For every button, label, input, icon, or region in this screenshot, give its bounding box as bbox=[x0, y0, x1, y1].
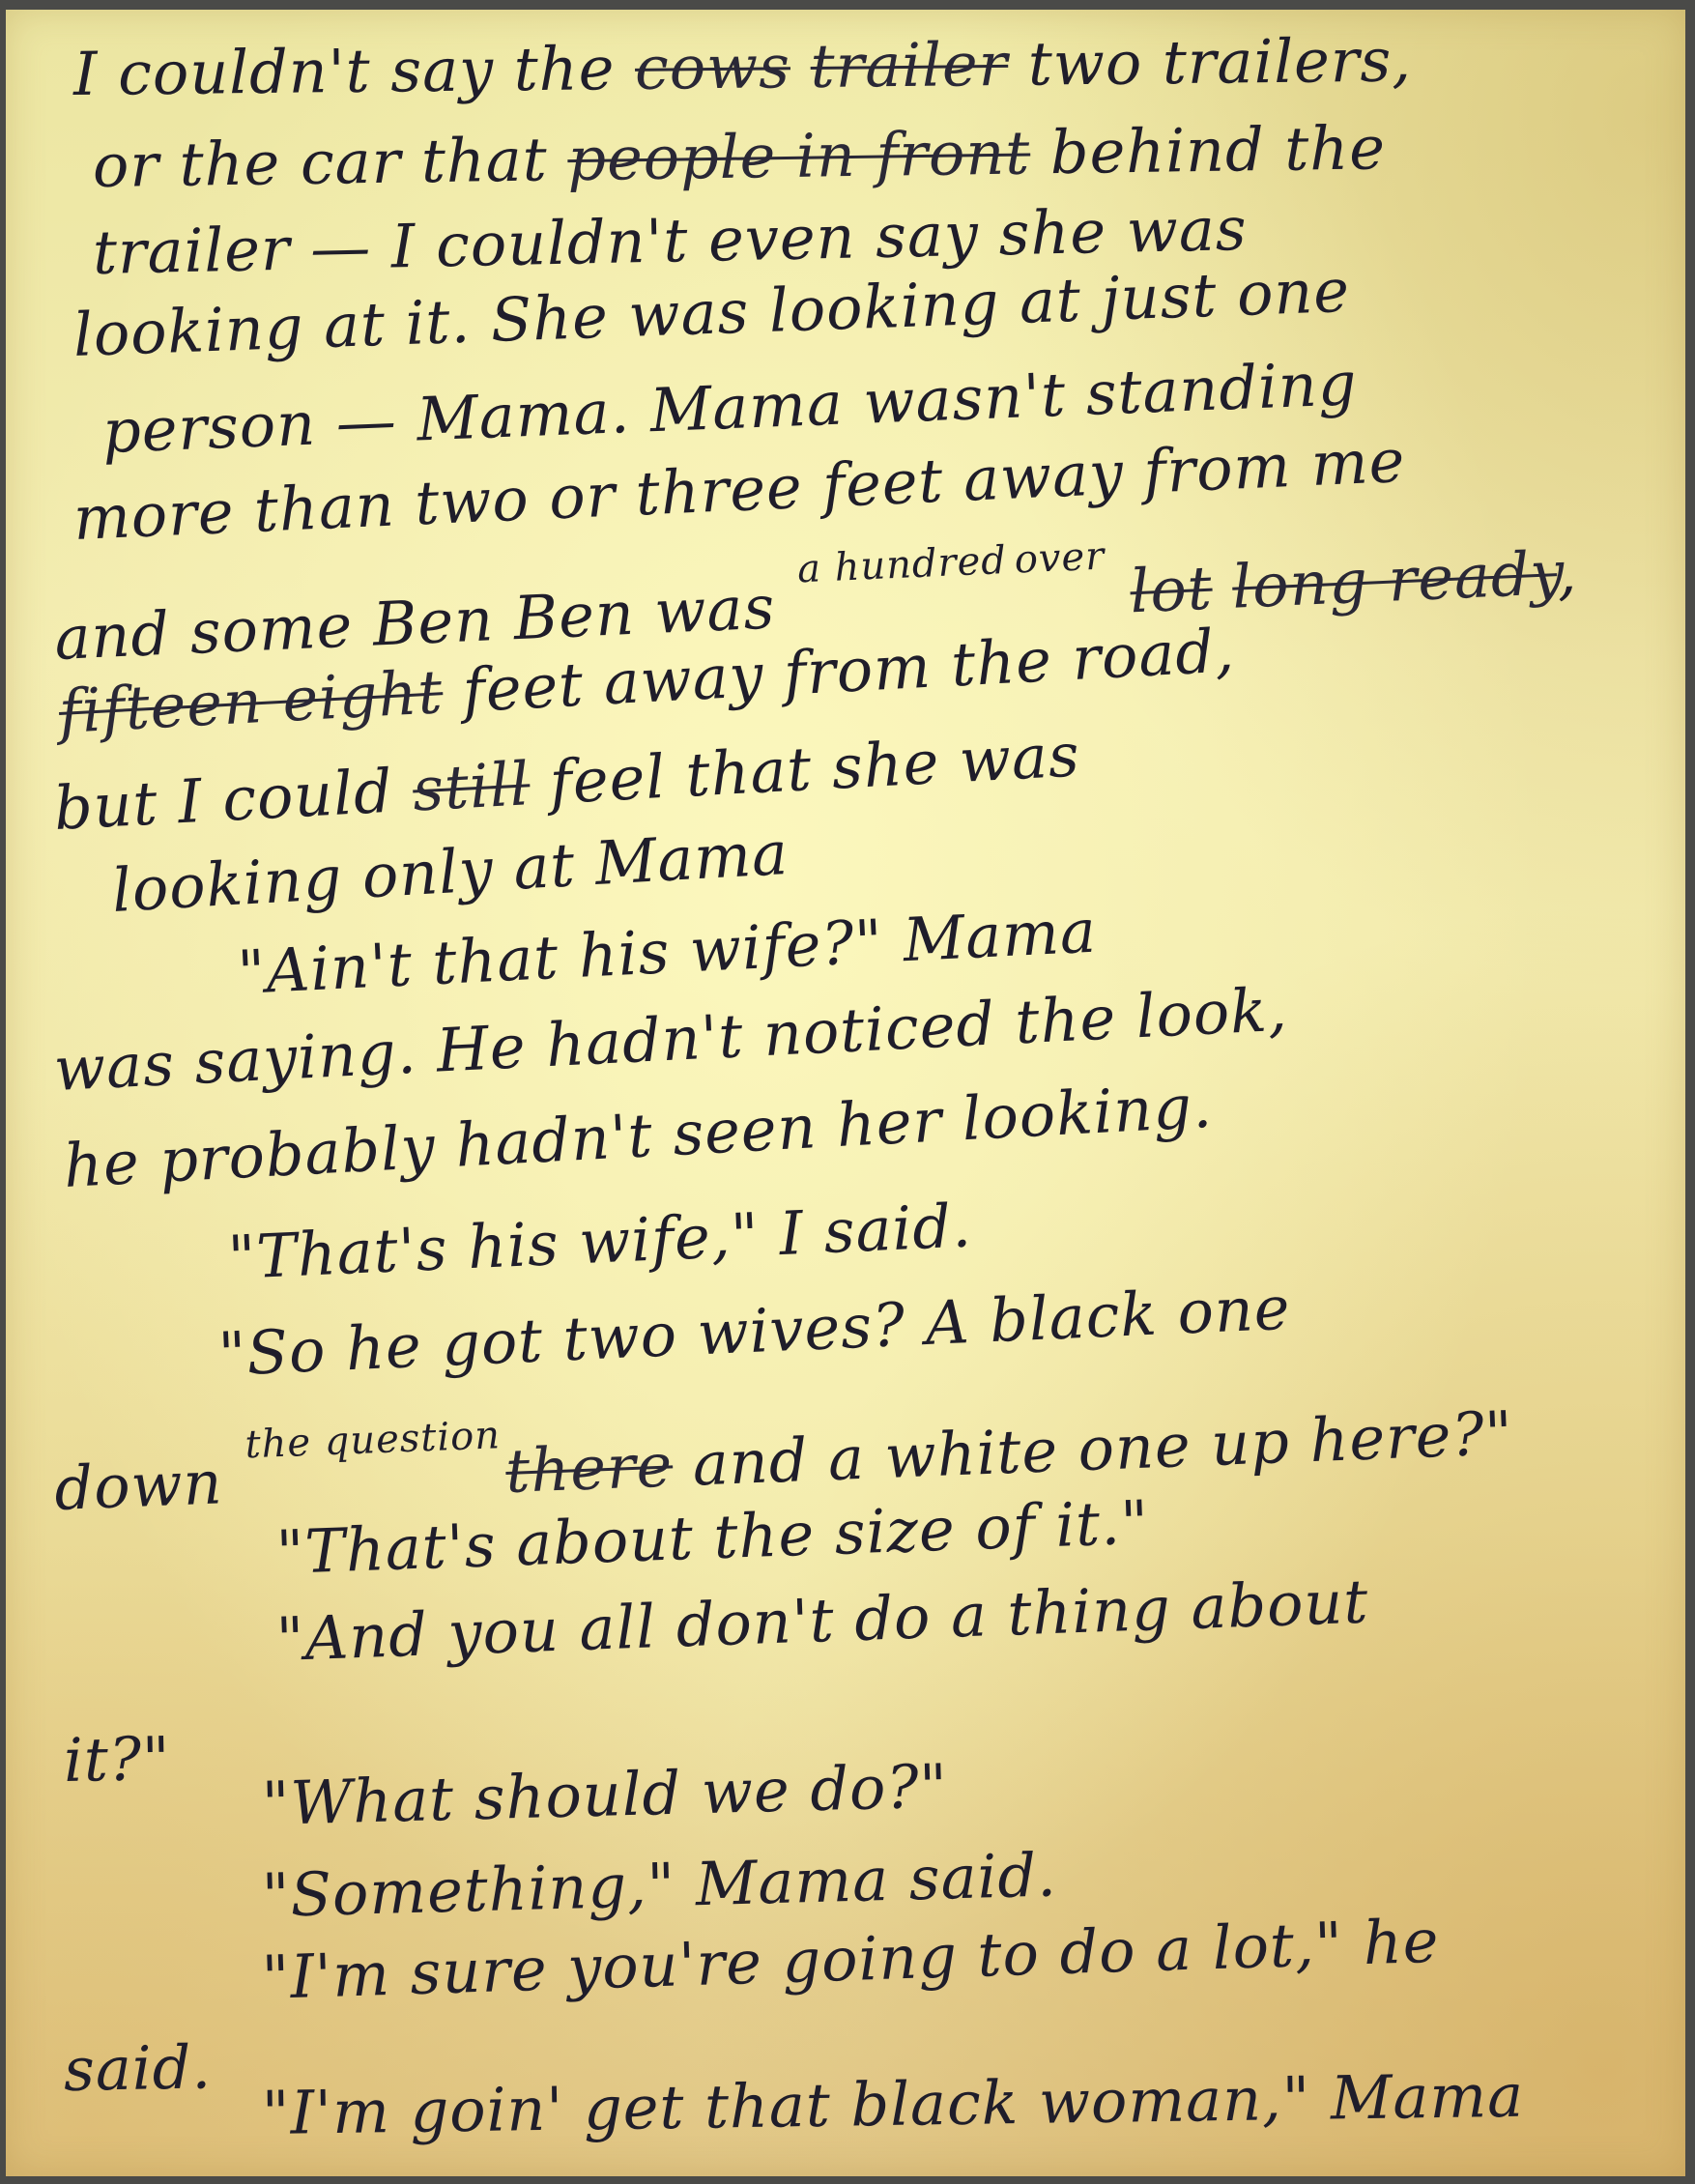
handwritten-line: "That's his wife," I said. bbox=[226, 1190, 973, 1293]
struck-text: cows bbox=[635, 31, 791, 103]
text-segment: "Something," Mama said. bbox=[261, 1839, 1058, 1931]
handwritten-line: "And you all don't do a thing about bbox=[275, 1566, 1370, 1675]
text-segment: "So he got two wives? A black one bbox=[216, 1273, 1291, 1390]
text-segment: or the car bbox=[92, 126, 421, 201]
text-segment: "What should we do?" bbox=[261, 1750, 949, 1839]
handwritten-line: "What should we do?" bbox=[261, 1750, 949, 1839]
handwritten-line: I couldn't say the cows trailer two trai… bbox=[73, 24, 1413, 108]
text-segment: said. bbox=[63, 2031, 212, 2105]
handwritten-line: said. bbox=[63, 2031, 212, 2105]
text-segment: it?" bbox=[63, 1723, 171, 1796]
struck-text: people in front bbox=[567, 117, 1031, 194]
handwritten-line: "So he got two wives? A black one bbox=[216, 1273, 1291, 1390]
text-segment: down bbox=[53, 1447, 244, 1524]
manuscript-page: I couldn't say the cows trailer two trai… bbox=[6, 10, 1685, 2176]
handwritten-line: "I'm goin' get that black woman," Mama bbox=[261, 2060, 1524, 2148]
struck-text: lot bbox=[1129, 553, 1214, 627]
text-segment: "That's his wife," I said. bbox=[226, 1190, 973, 1293]
struck-text: long ready bbox=[1231, 537, 1559, 622]
text-segment: and a white one up here?" bbox=[672, 1397, 1515, 1500]
text-segment: but I could bbox=[52, 755, 415, 844]
inserted-text: a hundred bbox=[796, 538, 1008, 591]
handwritten-line: "Something," Mama said. bbox=[261, 1839, 1058, 1931]
inserted-text: the question bbox=[244, 1413, 502, 1467]
text-segment: behind the bbox=[1030, 112, 1387, 187]
struck-text: there bbox=[504, 1429, 675, 1507]
handwritten-line: or the car that people in front behind t… bbox=[92, 112, 1386, 201]
struck-text: still bbox=[411, 748, 531, 824]
text-segment: feel that she was bbox=[528, 719, 1081, 819]
text-segment: two trailers, bbox=[1008, 24, 1413, 99]
struck-text: trailer bbox=[810, 29, 1008, 101]
text-segment: , bbox=[1556, 536, 1579, 608]
text-segment: I couldn't say the bbox=[73, 33, 636, 109]
text-segment: "I'm goin' get that black woman," Mama bbox=[261, 2060, 1524, 2148]
text-segment: "And you all don't do a thing about bbox=[275, 1566, 1370, 1675]
inserted-text: over bbox=[1014, 534, 1106, 583]
text-segment bbox=[547, 124, 568, 194]
text-segment: that bbox=[420, 124, 548, 196]
text-segment bbox=[790, 31, 811, 101]
handwritten-line: it?" bbox=[63, 1723, 171, 1796]
